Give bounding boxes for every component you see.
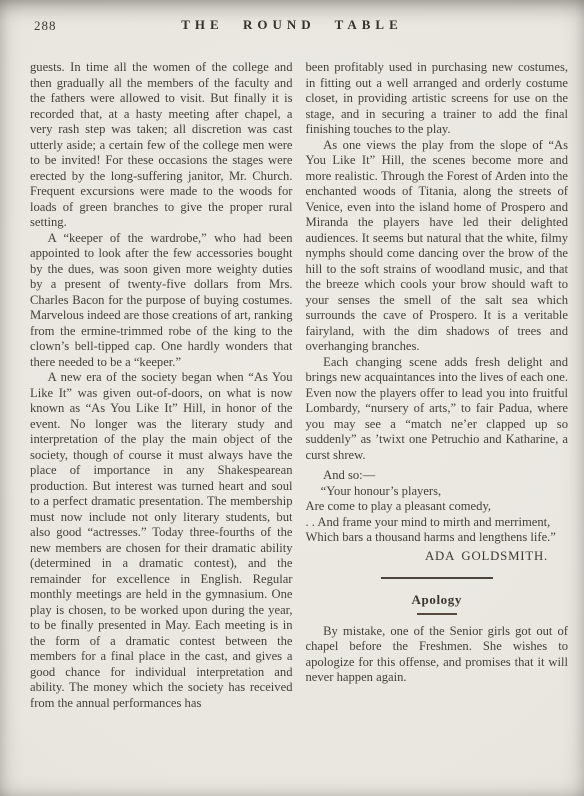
scanned-book-page: 288 THE ROUND TABLE guests. In time all … (0, 0, 584, 796)
paragraph: Each changing scene adds fresh delight a… (306, 355, 569, 464)
verse-line: Are come to play a pleasant comedy, (306, 499, 569, 515)
author-signature: ADA GOLDSMITH. (306, 549, 549, 565)
apology-heading: Apology (306, 592, 569, 608)
paragraph: A new era of the society began when “As … (30, 370, 293, 711)
page-title: THE ROUND TABLE (0, 17, 584, 33)
paragraph: By mistake, one of the Senior girls got … (306, 624, 569, 686)
verse-line: “Your honour’s players, (306, 484, 569, 500)
paragraph: A “keeper of the wardrobe,” who had been… (30, 231, 293, 371)
apology-heading-underline (417, 613, 457, 615)
paragraph: As one views the play from the slope of … (306, 138, 569, 355)
quote-intro: And so:— (306, 468, 569, 484)
verse-line: . . And frame your mind to mirth and mer… (306, 515, 569, 531)
left-column: guests. In time all the women of the col… (30, 60, 293, 711)
page-header: 288 THE ROUND TABLE (0, 0, 584, 56)
verse-line: Which bars a thousand harms and lengthen… (306, 530, 569, 546)
right-column: been profitably used in purchasing new c… (306, 60, 569, 711)
two-column-body: guests. In time all the women of the col… (30, 60, 568, 711)
section-divider-rule (381, 577, 493, 579)
paragraph: been profitably used in purchasing new c… (306, 60, 569, 138)
paragraph: guests. In time all the women of the col… (30, 60, 293, 231)
verse-quote: “Your honour’s players, Are come to play… (306, 484, 569, 546)
